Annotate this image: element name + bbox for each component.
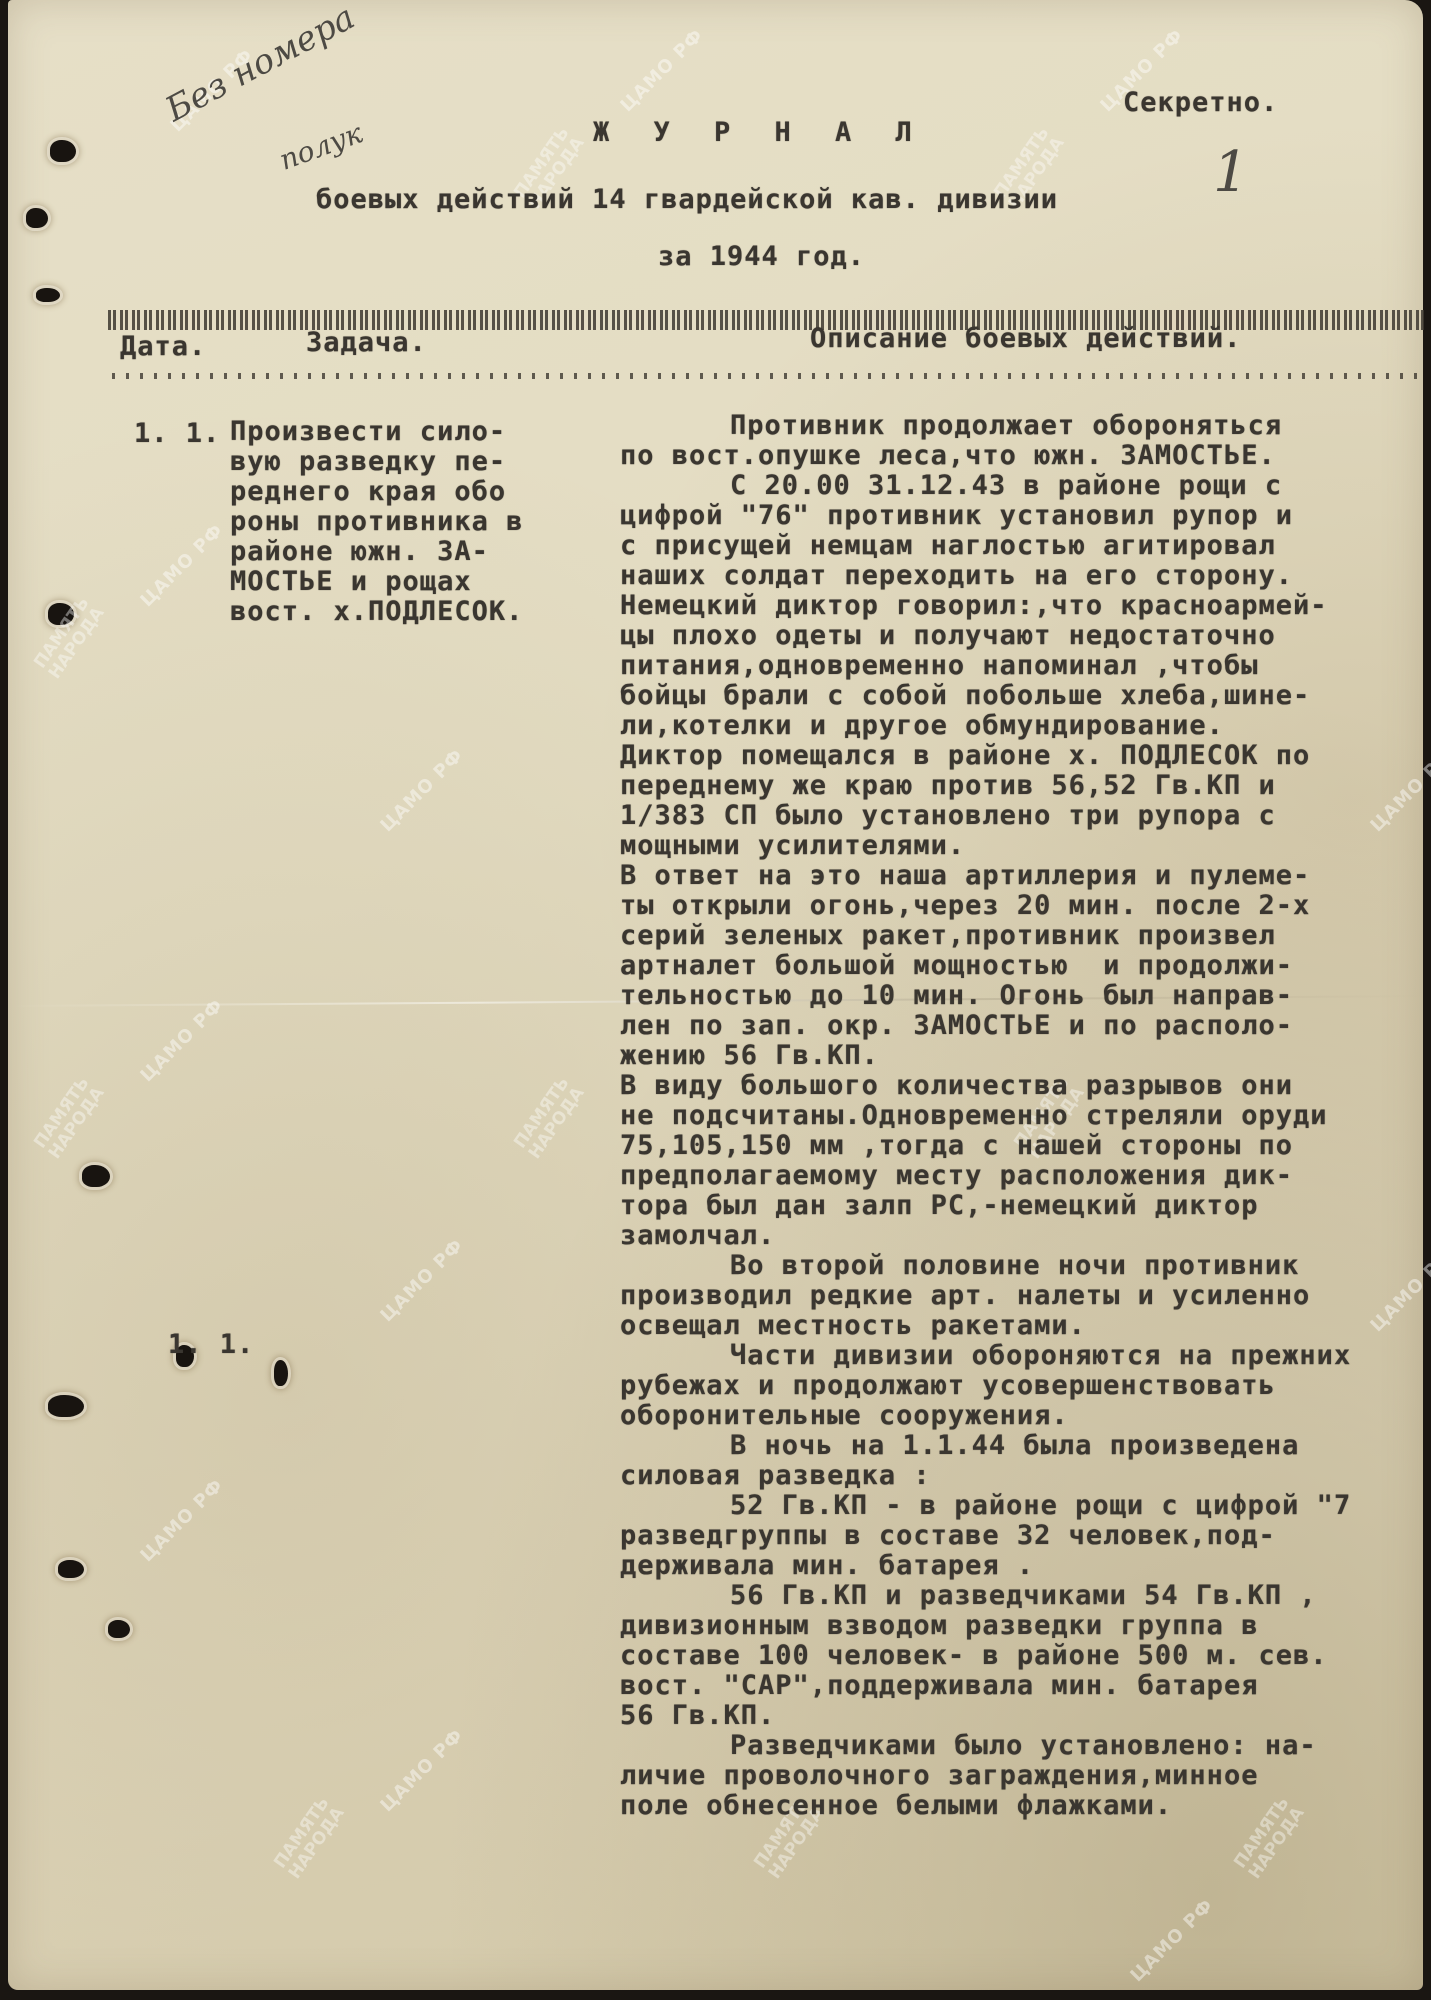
description-line: 1/383 СП было установлено три рупора с bbox=[620, 801, 1351, 831]
description-line: артналет большой мощностью и продолжи- bbox=[620, 951, 1351, 981]
column-header-description: Описание боевых действий. bbox=[810, 324, 1241, 354]
entry-date: 1. 1. bbox=[168, 1330, 254, 1360]
description-line: разведгруппы в составе 32 человек,под- bbox=[620, 1521, 1351, 1551]
archive-watermark: ЦАМО РФ bbox=[1366, 745, 1431, 836]
handwritten-note: Без номера bbox=[159, 0, 361, 130]
description-line: дивизионным взводом разведки группа в bbox=[620, 1611, 1351, 1641]
description-line: В ночь на 1.1.44 была произведена bbox=[620, 1431, 1351, 1461]
description-line: силовая разведка : bbox=[620, 1461, 1351, 1491]
journal-subtitle: боевых действий 14 гвардейской кав. диви… bbox=[316, 185, 1058, 215]
task-line: роны противника в bbox=[230, 507, 523, 537]
task-line: вую разведку пе- bbox=[230, 447, 523, 477]
description-line: 52 Гв.КП - в районе рощи с цифрой "7 bbox=[620, 1491, 1351, 1521]
classification-label: Секретно. bbox=[1123, 88, 1278, 118]
description-line: личие проволочного заграждения,минное bbox=[620, 1761, 1351, 1791]
description-line: 56 Гв.КП. bbox=[620, 1701, 1351, 1731]
description-line: Во второй половине ночи противник bbox=[620, 1251, 1351, 1281]
description-line: цифрой "76" противник установил рупор и bbox=[620, 501, 1351, 531]
description-line: Противник продолжает обороняться bbox=[620, 411, 1351, 441]
description-line: вост. "САР",поддерживала мин. батарея bbox=[620, 1671, 1351, 1701]
entry-task: Произвести сило- вую разведку пе- реднег… bbox=[230, 417, 523, 627]
handwritten-note-line2: полук bbox=[275, 116, 367, 176]
archive-watermark: ЦАМО РФ bbox=[616, 25, 707, 116]
description-line: Диктор помещался в районе х. ПОДЛЕСОК по bbox=[620, 741, 1351, 771]
entry-date: 1. 1. bbox=[134, 419, 220, 449]
task-line: вост. х.ПОДЛЕСОК. bbox=[230, 597, 523, 627]
description-line: с присущей немцам наглостью агитировал bbox=[620, 531, 1351, 561]
journal-title: Ж У Р Н А Л bbox=[593, 118, 926, 148]
description-line: бойцы брали с собой побольше хлеба,шине- bbox=[620, 681, 1351, 711]
description-line: замолчал. bbox=[620, 1221, 1351, 1251]
description-line: производил редкие арт. налеты и усиленно bbox=[620, 1281, 1351, 1311]
description-line: тора был дан залп РС,-немецкий диктор bbox=[620, 1191, 1351, 1221]
punch-hole bbox=[36, 288, 60, 302]
punch-hole bbox=[58, 1560, 84, 1578]
sheet-number: 1 bbox=[1213, 140, 1249, 205]
punch-hole bbox=[108, 1620, 130, 1638]
description-line: питания,одновременно напоминал ,чтобы bbox=[620, 651, 1351, 681]
description-line: жению 56 Гв.КП. bbox=[620, 1041, 1351, 1071]
punch-hole bbox=[48, 1395, 84, 1417]
task-line: МОСТЬЕ и рощах bbox=[230, 567, 523, 597]
handwritten-note-line1: Без номера bbox=[159, 0, 361, 130]
archive-watermark: ЦАМО РФ bbox=[1126, 1895, 1217, 1986]
description-line: держивала мин. батарея . bbox=[620, 1551, 1351, 1581]
description-line: рубежах и продолжают усовершенствовать bbox=[620, 1371, 1351, 1401]
description-line: Части дивизии обороняются на прежних bbox=[620, 1341, 1351, 1371]
archive-watermark: ЦАМО РФ bbox=[376, 1235, 467, 1326]
archive-watermark: ЦАМО РФ bbox=[376, 1725, 467, 1816]
description-line: оборонительные сооружения. bbox=[620, 1401, 1351, 1431]
description-line: ли,котелки и другое обмундирование. bbox=[620, 711, 1351, 741]
document-page: ЦАМО РФ ЦАМО РФ ЦАМО РФ ЦАМО РФ ЦАМО РФ … bbox=[8, 0, 1423, 1990]
project-watermark: ПАМЯТЬНАРОДА bbox=[31, 594, 108, 682]
description-line: предполагаемому месту расположения дик- bbox=[620, 1161, 1351, 1191]
description-line: поле обнесенное белыми флажками. bbox=[620, 1791, 1351, 1821]
description-line: В виду большого количества разрывов они bbox=[620, 1071, 1351, 1101]
description-line: лен по зап. окр. ЗАМОСТЬЕ и по располо- bbox=[620, 1011, 1351, 1041]
column-header-task: Задача. bbox=[306, 328, 427, 358]
archive-watermark: ЦАМО РФ bbox=[376, 745, 467, 836]
project-watermark: ПАМЯТЬНАРОДА bbox=[511, 1074, 588, 1162]
description-line: 75,105,150 мм ,тогда с нашей стороны по bbox=[620, 1131, 1351, 1161]
punch-hole bbox=[26, 208, 48, 228]
archive-watermark: ЦАМО РФ bbox=[136, 995, 227, 1086]
description-line: Разведчиками было установлено: на- bbox=[620, 1731, 1351, 1761]
description-line: цы плохо одеты и получают недостаточно bbox=[620, 621, 1351, 651]
description-line: мощными усилителями. bbox=[620, 831, 1351, 861]
task-line: районе южн. ЗА- bbox=[230, 537, 523, 567]
punch-hole bbox=[50, 140, 76, 162]
entry-description: Противник продолжает оборонятьсяпо вост.… bbox=[620, 411, 1351, 1821]
punch-hole bbox=[82, 1165, 110, 1187]
journal-year: за 1944 год. bbox=[658, 242, 865, 272]
description-line: освещал местность ракетами. bbox=[620, 1311, 1351, 1341]
archive-watermark: ЦАМО РФ bbox=[136, 520, 227, 611]
handwritten-note-sub: полук bbox=[275, 116, 367, 176]
description-line: составе 100 человек- в районе 500 м. сев… bbox=[620, 1641, 1351, 1671]
project-watermark: ПАМЯТЬНАРОДА bbox=[31, 1074, 108, 1162]
description-line: С 20.00 31.12.43 в районе рощи с bbox=[620, 471, 1351, 501]
description-line: не подсчитаны.Одновременно стреляли оруд… bbox=[620, 1101, 1351, 1131]
description-line: 56 Гв.КП и разведчиками 54 Гв.КП , bbox=[620, 1581, 1351, 1611]
description-line: Немецкий диктор говорил:,что красноармей… bbox=[620, 591, 1351, 621]
archive-watermark: ЦАМО РФ bbox=[1366, 1245, 1431, 1336]
description-line: В ответ на это наша артиллерия и пулеме- bbox=[620, 861, 1351, 891]
project-watermark: ПАМЯТЬНАРОДА bbox=[271, 1794, 348, 1882]
description-line: серий зеленых ракет,противник произвел bbox=[620, 921, 1351, 951]
description-line: переднему же краю против 56,52 Гв.КП и bbox=[620, 771, 1351, 801]
header-rule-bottom bbox=[112, 373, 1426, 379]
task-line: Произвести сило- bbox=[230, 417, 523, 447]
task-line: реднего края обо bbox=[230, 477, 523, 507]
punch-hole bbox=[274, 1360, 288, 1386]
column-header-date: Дата. bbox=[120, 332, 206, 362]
description-line: наших солдат переходить на его сторону. bbox=[620, 561, 1351, 591]
description-line: тельностью до 10 мин. Огонь был направ- bbox=[620, 981, 1351, 1011]
description-line: ты открыли огонь,через 20 мин. после 2-х bbox=[620, 891, 1351, 921]
description-line: по вост.опушке леса,что южн. ЗАМОСТЬЕ. bbox=[620, 441, 1351, 471]
archive-watermark: ЦАМО РФ bbox=[136, 1475, 227, 1566]
